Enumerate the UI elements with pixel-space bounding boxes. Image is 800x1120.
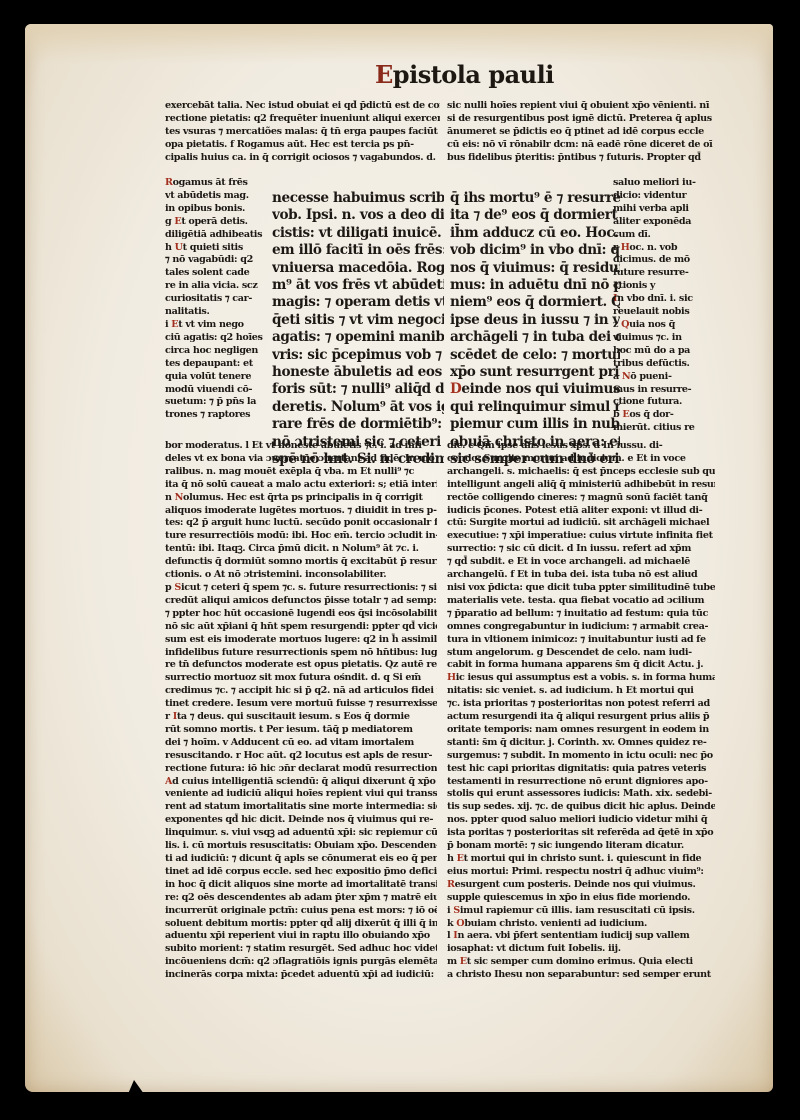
text-line: a Nō pueni- [613,371,718,384]
text-line: xp̄o sunt resurrgent primi. [450,364,620,381]
text-line: cabit in forma humana apparens s̄m q̄ di… [447,659,715,672]
text-line: tinet credere. Iesum vere mortuū fuisse … [165,698,437,711]
text-line: nalitatis. [165,306,265,319]
text-line: stanti: s̄m q̄ dicitur. j. Corinth. xv. … [447,737,715,750]
text-line: mierūt. citius re [613,422,718,435]
text-line: diligētiā adhibeatis [165,229,265,242]
text-line: i Et vt vim nego [165,319,265,332]
text-line: h Ut quieti sitis [165,242,265,255]
text-line: defunctis q̄ dormiūt somno mortis q̄ exc… [165,556,437,569]
gloss-bottom-right: dic. c Qm̄ ipse dn̄s iesus xp̄s. d In iu… [447,440,715,982]
text-line: ⁊ p̄paratio ad bellum: ⁊ inuitatio ad fe… [447,608,715,621]
text-line: ti ad iudiciū: ⁊ dicunt q̄ apls se cōnum… [165,853,437,866]
text-line: stolis qui erunt assessores iudicis: Mat… [447,788,715,801]
text-line: cū eis: nō vī rōnabilr dcm: nā eadē rōne… [447,139,717,152]
text-line: r Hoc. n. vob [613,242,718,255]
text-line: bus fidelibus p̄teritis: p̄ntibus ⁊ futu… [447,152,717,165]
text-line: niem⁹ eos q̄ dormiert. Qm̄ [450,294,620,311]
text-line: lis. i. cū mortuis resuscitatis: Obuiam … [165,840,437,853]
text-line: b Eos q̄ dor- [613,409,718,422]
text-line: necesse habuimus scribere [272,190,444,207]
text-line: rectōe colligendo cineres: ⁊ magnū sonū … [447,492,715,505]
text-line: supple quiescemus in xp̄o in eius fide m… [447,892,715,905]
text-line: curiositatis ⁊ car- [165,293,265,306]
text-line: sum est eis imoderate mortuos lugere: q2… [165,634,437,647]
text-line: piemur cum illis in nubib⁹ [450,416,620,433]
text-line: deles vt ex bona via ɔuersatōe ɔuertant … [165,453,437,466]
text-line: future resurre- [613,267,718,280]
text-line: vniuersa macedōia. Roga [272,260,444,277]
gloss-bottom-left: bor moderatus. l Et vt honeste ābuletis … [165,440,437,982]
text-line: incōueniens dcm̄: q2 ɔflagratiōis ignis … [165,956,437,969]
text-line: dei ⁊ hoīm. v Adducent cū eo. ad vitam i… [165,737,437,750]
text-line: nō sic aūt xp̄iani q̄ hn̄t spem resurgen… [165,621,437,634]
text-line: tura in vltionem inimicoz: ⁊ inuitabuntu… [447,634,715,647]
text-line: si de resurgentibus post ignē dictū. Pre… [447,113,717,126]
text-line: tribus defūctis. [613,358,718,371]
text-line: vob dicim⁹ in vbo dnī: q2 [450,242,620,259]
text-line: ctionis y [613,280,718,293]
text-line: linquimur. s. viui vsqꝫ ad aduentū xp̄i:… [165,827,437,840]
text-line: nos. ppter quod saluo meliori iudicio vi… [447,814,715,827]
text-line: surrectio: ⁊ sic cū dicit. d In iussu. r… [447,543,715,556]
text-line: infidelibus future resurrectionis spem n… [165,647,437,660]
text-line: z Quia nos q̄ [613,319,718,332]
gloss-top-right: sic nulli hoīes repient viui q̄ obuient … [447,100,717,165]
text-line: hoc mū do a pa [613,345,718,358]
text-line: rectione pietatis: q2 frequēter inueniun… [165,113,440,126]
text-line: m⁹ āt vos frēs vt abūdetis [272,277,444,294]
text-line: modū viuendi cō- [165,384,265,397]
text-line: incinerās corpa mixta: p̄cedet aduentū x… [165,969,437,982]
text-line: mus: in aduētu dnī nō pue [450,277,620,294]
text-line: mihi verba apli [613,203,718,216]
text-line: Hic iesus qui assumptus est a vobis. s. … [447,672,715,685]
text-line: tales solent cade [165,267,265,280]
text-line: aliter exponēda [613,216,718,229]
text-line: tes: q2 p̄ arguit hunc luctū. secūdo pon… [165,517,437,530]
text-line: tis sup sedes. xij. ⁊c. de quibus dicit … [447,801,715,814]
text-line: ciū agatis: q2 hoīes [165,332,265,345]
text-line: surrectio mortuoz sit mox futura ośndit.… [165,672,437,685]
gloss-left-narrow: Rogamus āt frēsvt abūdetis mag.in opibus… [165,177,265,422]
text-line: vob. Ipsi. n. vos a deo didi [272,207,444,224]
text-line: in hoc q̄ dicit aliquos sine morte ad im… [165,879,437,892]
text-line: circa hoc negligen [165,345,265,358]
text-line: ⁊ ppter hoc hūt occasionē lugendi eos q̄… [165,608,437,621]
text-line: oritate temporis: nam omnes resurgent in… [447,724,715,737]
gloss-right-narrow: saluo meliori iu-dicio: videnturmihi ver… [613,177,718,435]
text-line: exercebāt talia. Nec istud obuiat ei qd̄… [165,100,440,113]
text-line: m Et sic semper cum domino erimus. Quia … [447,956,715,969]
text-line: vris: sic p̄cepimus vob ⁊ vt [272,347,444,364]
text-line: intelligunt angeli aliq̄ q̄ ministeriū a… [447,479,715,492]
text-line: cipalis huius ca. in q̄ corrigit ociosos… [165,152,440,165]
bible-text-left: necesse habuimus scriberevob. Ipsi. n. v… [272,190,444,469]
text-line: ipse deus in iussu ⁊ in voce [450,312,620,329]
text-line: Rogamus āt frēs [165,177,265,190]
text-line: executiue: ⁊ xp̄i imperatiue: cuius virt… [447,530,715,543]
text-line: rent ad statum imortalitatis sine morte … [165,801,437,814]
bible-text-right: q̄ ih̄s mortu⁹ ē ⁊ resurreritita ⁊ de⁹ e… [450,190,620,469]
text-line: ita q̄ nō solū caueat a malo actu exteri… [165,479,437,492]
text-line: bor moderatus. l Et vt honeste ābuletis … [165,440,437,453]
text-line: testamenti in resurrectione nō erunt dig… [447,776,715,789]
text-line: test hic capi prioritas dignitatis: quia… [447,763,715,776]
text-line: ista poritas ⁊ posterioritas sit referēd… [447,827,715,840]
text-line: ānumeret se p̄dictis eo q̄ ptinet ad idē… [447,126,717,139]
text-line: mus in resurre- [613,384,718,397]
text-line: tinet ad idē corpus eccle. sed hec expos… [165,866,437,879]
text-line: veniente ad iudiciū aliqui hoīes repient… [165,788,437,801]
text-line: Ad cuius intelligentiā sciendū: q̄ aliqu… [165,776,437,789]
text-line: ralibus. n. mag mouēt exēpla q̄ vba. m E… [165,466,437,479]
text-line: p̄ bonam mortē: ⁊ sic iungendo literam d… [447,840,715,853]
text-line: saluo meliori iu- [613,177,718,190]
text-line: omnes congregabuntur in iudicium: ⁊ arma… [447,621,715,634]
text-line: scēdet de celo: ⁊ mortui q̄ ī [450,347,620,364]
gloss-top-left: exercebāt talia. Nec istud obuiat ei qd̄… [165,100,440,165]
text-line: ⁊ qd̄ subdit. e Et in voce archangeli. a… [447,556,715,569]
text-line: archāgeli ⁊ in tuba dei de- [450,329,620,346]
text-line: nos q̄ viuimus: q̄ residui su [450,260,620,277]
text-line: credūt aliqui amicos defunctos p̄isse to… [165,595,437,608]
text-line: incurrerūt originale pctm̄: cuius pena e… [165,905,437,918]
text-line: quia volūt tenere [165,371,265,384]
text-line: opa pietatis. f Rogamus aūt. Hec est ter… [165,139,440,152]
text-line: tes depaupant: et [165,358,265,371]
text-line: r Ita ⁊ deus. qui suscitauit iesum. s Eo… [165,711,437,724]
text-line: credimus ⁊c. ⁊ accipit hic si p̄ q2. nā … [165,685,437,698]
text-line: tes vsuras ⁊ mercatiões malas: q̄ tn̄ er… [165,126,440,139]
text-line: ih̄m adducz cū eo. Hoc. n. [450,225,620,242]
text-line: iudicis p̄cones. Potest etiā aliter expo… [447,505,715,518]
text-line: stum angelorum. g Descendet de celo. nam… [447,647,715,660]
text-line: deretis. Nolum⁹ āt vos ig [272,399,444,416]
running-head: Epistola pauli [375,60,554,89]
text-line: Resurgent cum posteris. Deinde nos qui v… [447,879,715,892]
text-line: ⁊c. ista prioritas ⁊ posterioritas non p… [447,698,715,711]
text-line: viuimus ⁊c. in [613,332,718,345]
text-line: soluent debitum mortis: ppter qd̄ alij d… [165,918,437,931]
text-line: aliquos imoderate lugētes mortuos. ⁊ diu… [165,505,437,518]
text-line: materialis vete. testa. qua fiebat vocat… [447,595,715,608]
text-line: rectione futura: iō hic ɔn̄r declarat mo… [165,763,437,776]
text-line: foris sūt: ⁊ nulli⁹ aliq̄d desi [272,381,444,398]
text-line: ctū: Surgite mortui ad iudiciū. sit arch… [447,517,715,530]
text-line: resuscitando. r Hoc aūt. q2 locutus est … [165,750,437,763]
text-line: rare frēs de dormiētib⁹: vt [272,416,444,433]
text-line: Deinde nos qui viuimus [450,381,620,398]
text-line: a christo Ihesu non separabuntur: sed se… [447,969,715,982]
text-line: archangelū. f Et in tuba dei. ista tuba … [447,569,715,582]
text-line: ⁊ nō vagabūdi: q2 [165,254,265,267]
text-line: in opibus bonis. [165,203,265,216]
text-line: tentū: ibi. Itaqꝫ. Circa p̄mū dicit. n N… [165,543,437,556]
text-line: n Nolumus. Hec est q̄rta ps principalis … [165,492,437,505]
text-line: re tn̄ defunctos moderate est opus pieta… [165,659,437,672]
text-line: trones ⁊ raptores [165,409,265,422]
text-line: reuelauit nobis [613,306,718,319]
text-line: l In aera. vbi p̄fert sententiam iudicij… [447,930,715,943]
text-line: iosaphat: vt dictum fuit Iobelis. iij. [447,943,715,956]
text-line: re in alia vicia. scz [165,280,265,293]
text-line: dicio: videntur [613,190,718,203]
text-line: p Sicut ⁊ ceteri q̄ spem ⁊c. s. future r… [165,582,437,595]
text-line: dic. c Qm̄ ipse dn̄s iesus xp̄s. d In iu… [447,440,715,453]
text-line: g Et operā detis. [165,216,265,229]
text-line: subito morient: ⁊ statim resurgēt. Sed a… [165,943,437,956]
text-line: sic nulli hoīes repient viui q̄ obuient … [447,100,717,113]
text-line: k Obuiam christo. venienti ad iudicium. [447,918,715,931]
text-line: vt abūdetis mag. [165,190,265,203]
text-line: ture resurrectiōis modū: ibi. Hoc em̄. t… [165,530,437,543]
text-line: magis: ⁊ operam detis vt [272,294,444,311]
text-line: qui relinquimur simul ra- [450,399,620,416]
text-line: archangeli. s. michaelis: q̄ est p̄nceps… [447,466,715,479]
text-line: re: q2 oēs descendentes ab adam p̄ter xp… [165,892,437,905]
text-line: rūt somno mortis. t Per iesum. tāq̄ p me… [165,724,437,737]
text-line: ita ⁊ de⁹ eos q̄ dormiert p̄ [450,207,620,224]
text-line: cendo: Surgite mortui ad iudicium. e Et … [447,453,715,466]
text-line: suetum: ⁊ p̄ pn̄s la [165,396,265,409]
text-line: cistis: vt diligati inuicē. Et [272,225,444,242]
text-line: In vbo dnī. i. sic [613,293,718,306]
text-line: q̄ ih̄s mortu⁹ ē ⁊ resurrerit [450,190,620,207]
text-line: nitatis: sic veniet. s. ad iudicium. h E… [447,685,715,698]
text-line: actum resurgendi ita q̄ aliqui resurgent… [447,711,715,724]
text-line: q̄eti sitis ⁊ vt vim negociū [272,312,444,329]
text-line: eius mortui: Primi. respectu nostri q̄ a… [447,866,715,879]
torn-edge [128,1080,144,1094]
text-line: agatis: ⁊ opemini manib⁹ [272,329,444,346]
text-line: surgemus: ⁊ subdit. In momento in ictu o… [447,750,715,763]
text-line: cum dī. [613,229,718,242]
text-line: em illō facitī in oēs frēs: in [272,242,444,259]
text-line: dicimus. de mō [613,254,718,267]
text-line: exponentes qd̄ hic dicit. Deinde nos q̄ … [165,814,437,827]
text-line: ctionis. o At nō ɔtristemini. inconsolab… [165,569,437,582]
text-line: honeste ābuletis ad eos q̄ [272,364,444,381]
text-line: nisi vox p̄dicta: que dicit tuba ppter s… [447,582,715,595]
text-line: h Et mortui qui in christo sunt. i. quie… [447,853,715,866]
text-line: aduentu xp̄i reperient viui in raptu ill… [165,930,437,943]
text-line: i Simul rapiemur cū illis. iam resuscita… [447,905,715,918]
text-line: ctione futura. [613,396,718,409]
